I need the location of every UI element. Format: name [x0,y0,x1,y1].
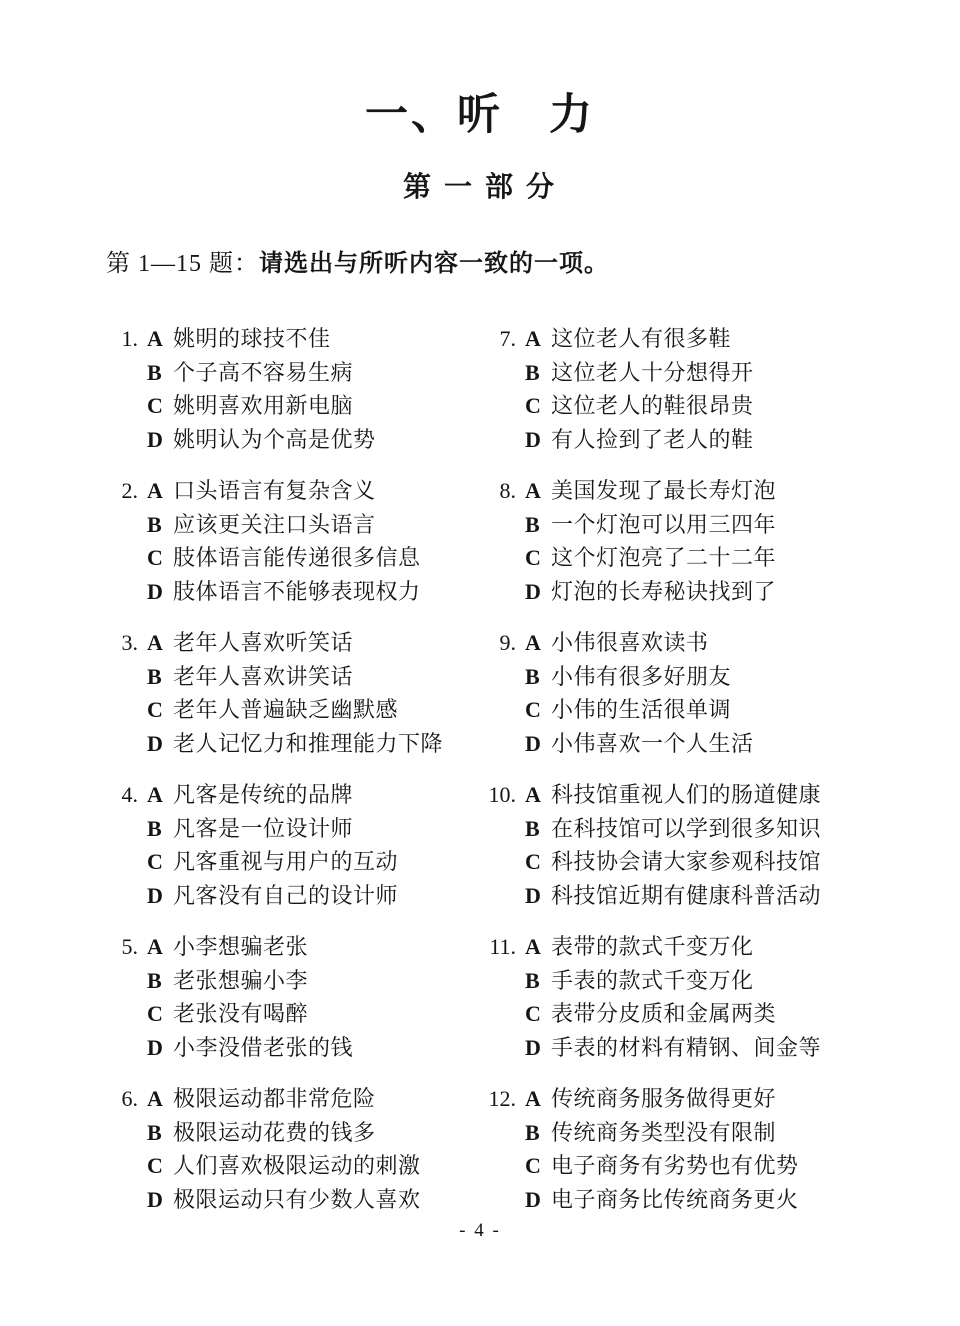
option-letter: A [525,1082,549,1116]
option-row: B 这位老人十分想得开 [478,356,960,390]
option-letter: B [147,964,171,998]
option-row: B 应该更关注口头语言 [100,508,478,542]
option-row: 3. A 老年人喜欢听笑话 [100,626,478,660]
option-text: 凡客没有自己的设计师 [173,879,398,913]
option-text: 科技馆重视人们的肠道健康 [551,778,821,812]
option-row: 10. A 科技馆重视人们的肠道健康 [478,778,960,812]
option-letter: B [147,508,171,542]
option-row: C 老年人普遍缺乏幽默感 [100,693,478,727]
option-letter: C [525,389,549,423]
option-text: 传统商务类型没有限制 [551,1116,776,1150]
question-number: 12. [478,1082,516,1116]
option-text: 这个灯泡亮了二十二年 [551,541,776,575]
option-text: 有人捡到了老人的鞋 [551,423,754,457]
option-row: D 小伟喜欢一个人生活 [478,727,960,761]
option-letter: C [525,845,549,879]
option-row: D 有人捡到了老人的鞋 [478,423,960,457]
instructions-text: 请选出与所听内容一致的一项。 [259,251,609,277]
option-row: D 手表的材料有精钢、间金等 [478,1031,960,1065]
option-letter: C [525,997,549,1031]
option-letter: C [147,845,171,879]
question-number: 2. [100,474,138,508]
option-letter: D [525,423,549,457]
part-title: 第 一 部 分 [0,165,960,205]
question-number: 4. [100,778,138,812]
option-text: 老年人普遍缺乏幽默感 [173,693,398,727]
option-text: 姚明喜欢用新电脑 [173,389,353,423]
option-row: C 肢体语言能传递很多信息 [100,541,478,575]
option-letter: C [147,1149,171,1183]
option-text: 小伟喜欢一个人生活 [551,727,754,761]
option-text: 凡客重视与用户的互动 [173,845,398,879]
option-letter: C [147,997,171,1031]
option-letter: C [525,693,549,727]
option-row: 7. A 这位老人有很多鞋 [478,322,960,356]
option-row: B 老年人喜欢讲笑话 [100,660,478,694]
option-text: 表带分皮质和金属两类 [551,997,776,1031]
questions-column-left: 1. A 姚明的球技不佳 B 个子高不容易生病 C 姚明喜欢用新电脑 D [100,322,478,1234]
option-text: 老张没有喝醉 [173,997,308,1031]
option-row: C 这个灯泡亮了二十二年 [478,541,960,575]
option-row: B 一个灯泡可以用三四年 [478,508,960,542]
option-letter: A [147,626,171,660]
option-letter: D [525,575,549,609]
option-text: 老人记忆力和推理能力下降 [173,727,443,761]
option-text: 老张想骗小李 [173,964,308,998]
option-letter: B [525,964,549,998]
option-row: 12. A 传统商务服务做得更好 [478,1082,960,1116]
option-text: 凡客是一位设计师 [173,812,353,846]
option-row: C 凡客重视与用户的互动 [100,845,478,879]
question-7: 7. A 这位老人有很多鞋 B 这位老人十分想得开 C 这位老人的鞋很昂贵 D [478,322,960,456]
option-text: 手表的材料有精钢、间金等 [551,1031,821,1065]
question-11: 11. A 表带的款式千变万化 B 手表的款式千变万化 C 表带分皮质和金属两类… [478,930,960,1064]
option-letter: D [147,423,171,457]
question-1: 1. A 姚明的球技不佳 B 个子高不容易生病 C 姚明喜欢用新电脑 D [100,322,478,456]
option-letter: C [147,541,171,575]
question-10: 10. A 科技馆重视人们的肠道健康 B 在科技馆可以学到很多知识 C 科技协会… [478,778,960,912]
option-row: C 电子商务有劣势也有优势 [478,1149,960,1183]
option-text: 科技协会请大家参观科技馆 [551,845,821,879]
option-text: 小伟很喜欢读书 [551,626,709,660]
option-row: B 传统商务类型没有限制 [478,1116,960,1150]
option-letter: D [525,1031,549,1065]
option-row: B 手表的款式千变万化 [478,964,960,998]
question-number: 11. [478,930,516,964]
questions-grid: 1. A 姚明的球技不佳 B 个子高不容易生病 C 姚明喜欢用新电脑 D [100,322,960,1234]
option-row: 5. A 小李想骗老张 [100,930,478,964]
option-row: D 老人记忆力和推理能力下降 [100,727,478,761]
section-title: 一、听 力 [0,0,960,139]
option-row: C 人们喜欢极限运动的刺激 [100,1149,478,1183]
question-3: 3. A 老年人喜欢听笑话 B 老年人喜欢讲笑话 C 老年人普遍缺乏幽默感 D [100,626,478,760]
option-text: 肢体语言能传递很多信息 [173,541,421,575]
option-row: D 电子商务比传统商务更火 [478,1183,960,1217]
option-text: 这位老人十分想得开 [551,356,754,390]
option-letter: B [525,356,549,390]
option-letter: D [525,1183,549,1217]
option-letter: B [147,660,171,694]
option-letter: D [147,1031,171,1065]
option-text: 肢体语言不能够表现权力 [173,575,421,609]
option-letter: A [147,474,171,508]
option-text: 科技馆近期有健康科普活动 [551,879,821,913]
option-row: 6. A 极限运动都非常危险 [100,1082,478,1116]
option-text: 小李想骗老张 [173,930,308,964]
option-text: 应该更关注口头语言 [173,508,376,542]
option-row: 9. A 小伟很喜欢读书 [478,626,960,660]
question-5: 5. A 小李想骗老张 B 老张想骗小李 C 老张没有喝醉 D 小 [100,930,478,1064]
option-letter: A [147,322,171,356]
option-text: 个子高不容易生病 [173,356,353,390]
option-letter: B [147,1116,171,1150]
option-row: B 在科技馆可以学到很多知识 [478,812,960,846]
option-text: 口头语言有复杂含义 [173,474,376,508]
option-letter: A [525,930,549,964]
question-8: 8. A 美国发现了最长寿灯泡 B 一个灯泡可以用三四年 C 这个灯泡亮了二十二… [478,474,960,608]
option-row: B 个子高不容易生病 [100,356,478,390]
option-letter: B [147,812,171,846]
option-row: C 小伟的生活很单调 [478,693,960,727]
option-text: 小伟的生活很单调 [551,693,731,727]
option-letter: D [525,879,549,913]
option-row: D 极限运动只有少数人喜欢 [100,1183,478,1217]
option-text: 极限运动都非常危险 [173,1082,376,1116]
option-text: 极限运动只有少数人喜欢 [173,1183,421,1217]
option-letter: B [525,1116,549,1150]
option-text: 极限运动花费的钱多 [173,1116,376,1150]
option-text: 传统商务服务做得更好 [551,1082,776,1116]
option-text: 凡客是传统的品牌 [173,778,353,812]
option-row: 4. A 凡客是传统的品牌 [100,778,478,812]
option-row: D 凡客没有自己的设计师 [100,879,478,913]
option-row: 1. A 姚明的球技不佳 [100,322,478,356]
option-row: C 这位老人的鞋很昂贵 [478,389,960,423]
option-letter: D [147,727,171,761]
option-text: 手表的款式千变万化 [551,964,754,998]
option-row: C 老张没有喝醉 [100,997,478,1031]
option-letter: A [147,930,171,964]
option-letter: B [525,812,549,846]
question-12: 12. A 传统商务服务做得更好 B 传统商务类型没有限制 C 电子商务有劣势也… [478,1082,960,1216]
option-row: B 凡客是一位设计师 [100,812,478,846]
question-4: 4. A 凡客是传统的品牌 B 凡客是一位设计师 C 凡客重视与用户的互动 D [100,778,478,912]
option-text: 姚明的球技不佳 [173,322,331,356]
option-row: D 科技馆近期有健康科普活动 [478,879,960,913]
option-letter: A [147,778,171,812]
option-text: 美国发现了最长寿灯泡 [551,474,776,508]
option-letter: A [147,1082,171,1116]
question-9: 9. A 小伟很喜欢读书 B 小伟有很多好朋友 C 小伟的生活很单调 D [478,626,960,760]
option-row: 2. A 口头语言有复杂含义 [100,474,478,508]
option-letter: C [525,1149,549,1183]
option-row: B 老张想骗小李 [100,964,478,998]
option-letter: C [147,693,171,727]
option-row: 11. A 表带的款式千变万化 [478,930,960,964]
option-text: 灯泡的长寿秘诀找到了 [551,575,776,609]
option-text: 小李没借老张的钱 [173,1031,353,1065]
option-letter: A [525,778,549,812]
question-number: 3. [100,626,138,660]
option-row: C 姚明喜欢用新电脑 [100,389,478,423]
option-letter: A [525,322,549,356]
question-2: 2. A 口头语言有复杂含义 B 应该更关注口头语言 C 肢体语言能传递很多信息… [100,474,478,608]
question-number: 9. [478,626,516,660]
question-number: 8. [478,474,516,508]
instructions: 第 1—15 题：请选出与所听内容一致的一项。 [106,243,960,278]
option-text: 在科技馆可以学到很多知识 [551,812,821,846]
question-number: 10. [478,778,516,812]
option-letter: D [525,727,549,761]
option-letter: C [147,389,171,423]
option-text: 电子商务有劣势也有优势 [551,1149,799,1183]
option-text: 一个灯泡可以用三四年 [551,508,776,542]
question-number: 5. [100,930,138,964]
question-number: 6. [100,1082,138,1116]
option-text: 姚明认为个高是优势 [173,423,376,457]
option-letter: A [525,474,549,508]
option-text: 老年人喜欢讲笑话 [173,660,353,694]
option-row: C 科技协会请大家参观科技馆 [478,845,960,879]
option-row: D 姚明认为个高是优势 [100,423,478,457]
question-number: 1. [100,322,138,356]
question-number: 7. [478,322,516,356]
option-letter: D [147,1183,171,1217]
option-row: B 小伟有很多好朋友 [478,660,960,694]
option-letter: B [525,660,549,694]
option-row: 8. A 美国发现了最长寿灯泡 [478,474,960,508]
option-letter: D [147,575,171,609]
option-text: 小伟有很多好朋友 [551,660,731,694]
instructions-range: 第 1—15 题： [106,251,259,277]
option-text: 这位老人的鞋很昂贵 [551,389,754,423]
option-text: 老年人喜欢听笑话 [173,626,353,660]
option-text: 这位老人有很多鞋 [551,322,731,356]
option-letter: B [525,508,549,542]
option-text: 电子商务比传统商务更火 [551,1183,799,1217]
option-text: 表带的款式千变万化 [551,930,754,964]
page-number: - 4 - [0,1220,960,1242]
option-row: D 灯泡的长寿秘诀找到了 [478,575,960,609]
option-letter: C [525,541,549,575]
questions-column-right: 7. A 这位老人有很多鞋 B 这位老人十分想得开 C 这位老人的鞋很昂贵 D [478,322,960,1234]
option-letter: B [147,356,171,390]
question-6: 6. A 极限运动都非常危险 B 极限运动花费的钱多 C 人们喜欢极限运动的刺激… [100,1082,478,1216]
option-letter: A [525,626,549,660]
option-row: D 肢体语言不能够表现权力 [100,575,478,609]
option-text: 人们喜欢极限运动的刺激 [173,1149,421,1183]
option-row: C 表带分皮质和金属两类 [478,997,960,1031]
option-letter: D [147,879,171,913]
option-row: B 极限运动花费的钱多 [100,1116,478,1150]
exam-page: 一、听 力 第 一 部 分 第 1—15 题：请选出与所听内容一致的一项。 1.… [0,0,960,1326]
option-row: D 小李没借老张的钱 [100,1031,478,1065]
